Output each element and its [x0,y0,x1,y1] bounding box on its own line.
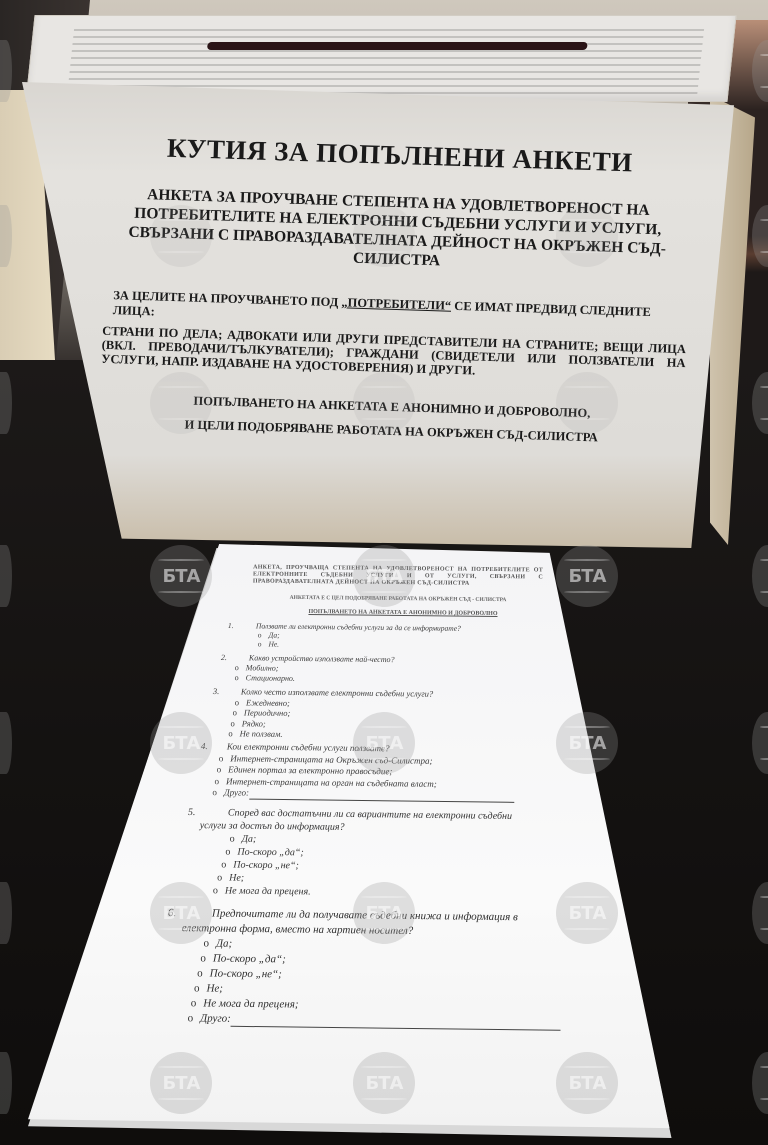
photo-scene: КУТИЯ ЗА ПОПЪЛНЕНИ АНКЕТИ АНКЕТА ЗА ПРОУ… [0,0,768,1145]
definition-term: „ПОТРЕБИТЕЛИ“ [341,295,451,312]
question-number: 4. [201,741,227,753]
option-other-label: Друго: [200,1012,231,1024]
box-footer: ПОПЪЛВАНЕТО НА АНКЕТАТА Е АНОНИМНО И ДОБ… [91,386,692,453]
question-2: 2.Какво устройство използвате най-често?… [221,653,395,685]
option-radio[interactable]: Не. [258,639,461,650]
box-subtitle: АНКЕТА ЗА ПРОУЧВАНЕ СТЕПЕНТА НА УДОВЛЕТВ… [106,184,688,278]
option-radio[interactable]: Не мога да преценя. [213,884,511,901]
box-title: КУТИЯ ЗА ПОПЪЛНЕНИ АНКЕТИ [100,131,701,181]
ballot-slot [207,42,588,50]
question-number: 3. [213,686,241,697]
other-answer-line[interactable] [231,1026,561,1031]
questionnaire-anonymity: ПОПЪЛВАНЕТО НА АНКЕТАТА Е АНОНИМНО И ДОБ… [278,609,528,618]
questionnaire-header: АНКЕТА, ПРОУЧВАЩА СТЕПЕНТА НА УДОВЛЕТВОР… [253,564,543,588]
question-number: 1. [228,621,256,630]
question-5: 5.Според вас достатъчни ли са вариантите… [187,806,512,901]
other-answer-line[interactable] [249,798,514,802]
question-3: 3.Колко често използвате електронни съде… [212,686,433,741]
box-notice: КУТИЯ ЗА ПОПЪЛНЕНИ АНКЕТИ АНКЕТА ЗА ПРОУ… [89,111,701,510]
option-other[interactable]: Друго: [212,787,514,802]
box-top-notice [67,24,704,95]
option-other[interactable]: Друго: [188,1011,561,1031]
option-radio[interactable]: Не ползвам. [228,728,432,741]
question-1: 1.Ползвате ли електронни съдебни услуги … [228,621,461,651]
option-other-label: Друго: [224,787,249,797]
option-radio[interactable]: Стационарно. [235,673,395,685]
question-4: 4.Кои електронни съдебни услуги ползвате… [200,741,514,802]
question-number: 5. [188,806,228,819]
question-number: 2. [221,653,249,663]
question-6: 6.Предпочитате ли да получавате съдебни … [167,906,563,1031]
questionnaire-purpose: АНКЕТАТА Е С ЦЕЛ ПОДОБРЯВАНЕ РАБОТАТА НА… [263,595,533,604]
question-number: 6. [168,906,212,922]
